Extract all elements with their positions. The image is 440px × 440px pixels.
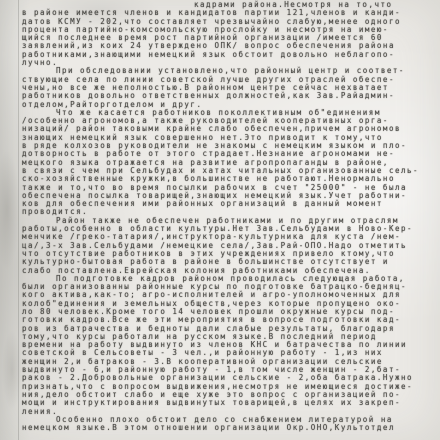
scan-stain: [2, 330, 22, 410]
scanned-page: кадрами района.Несмотря на то,чтов район…: [0, 0, 440, 440]
page-fold-line: [18, 0, 19, 440]
document-line: мощи и инструктирования выдвинутых товар…: [22, 399, 436, 407]
document-line: работниками,знающими немецкий язык обсто…: [22, 51, 436, 59]
scan-stain: [0, 150, 20, 270]
document-line: немецком языке.В этом отношении организа…: [22, 424, 436, 432]
document-text: кадрами района.Несмотря на то,чтов район…: [22, 1, 436, 432]
